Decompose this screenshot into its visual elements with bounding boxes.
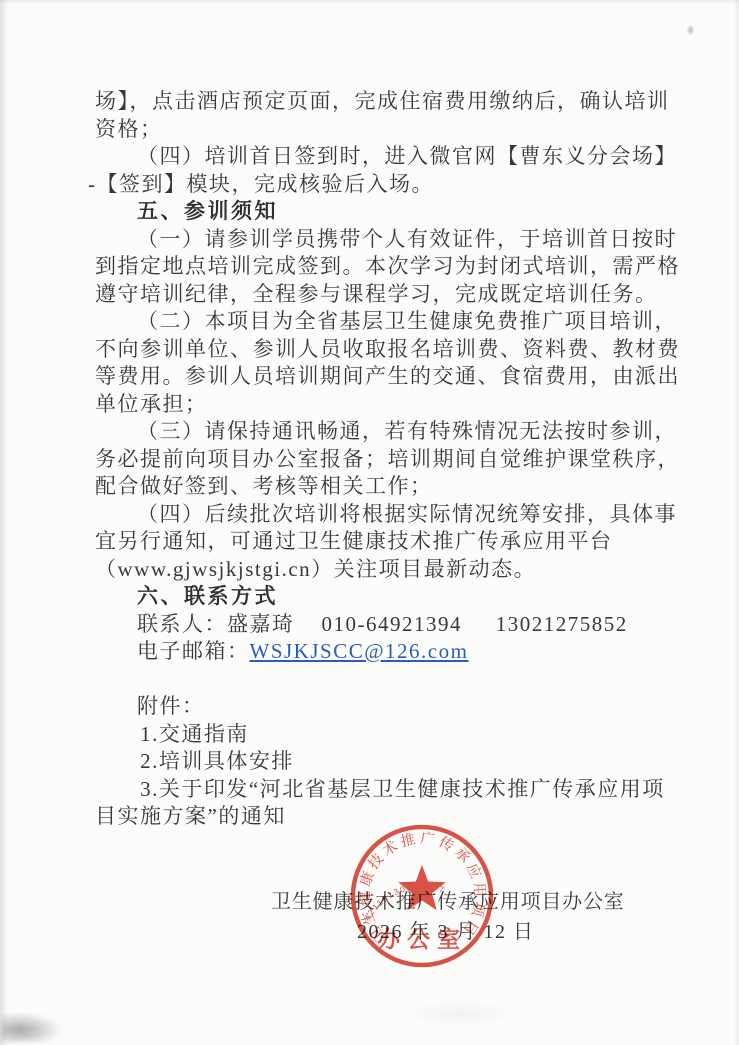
text-line: 宜另行通知，可通过卫生健康技术推广传承应用平台 — [95, 528, 649, 556]
email-label: 电子邮箱： — [137, 639, 250, 663]
text-line: 1.交通指南 — [95, 721, 649, 749]
text-line: （一）请参训学员携带个人有效证件，于培训首日按时 — [95, 226, 649, 254]
text-line: （四）后续批次培训将根据实际情况统筹安排，具体事 — [95, 501, 649, 529]
document-page: 场】，点击酒店预定页面，完成住宿费用缴纳后，确认培训资格；（四）培训首日签到时，… — [0, 0, 739, 1045]
scan-smudge-bottom-center — [400, 1002, 520, 1026]
text-line: 务必提前向项目办公室报备；培训期间自觉维护课堂秩序， — [95, 446, 649, 474]
scan-edge-shadow-right — [733, 0, 739, 1045]
text-line: 不向参训单位、参训人员收取报名培训费、资料费、教材费 — [95, 336, 649, 364]
text-line: 配合做好签到、考核等相关工作； — [95, 473, 649, 501]
scan-speck-top-right — [688, 26, 693, 34]
section-heading: 六、联系方式 — [95, 583, 649, 611]
scan-smudge-bottom-left — [1, 1012, 63, 1042]
text-line: 3.关于印发“河北省基层卫生健康技术推广传承应用项 — [95, 776, 649, 804]
text-line: 场】，点击酒店预定页面，完成住宿费用缴纳后，确认培训 — [95, 88, 649, 116]
blank-line — [95, 666, 649, 694]
text-line: 资格； — [95, 116, 649, 144]
text-line: （四）培训首日签到时，进入微官网【曹东义分会场】 — [95, 143, 649, 171]
text-line: 附件： — [95, 693, 649, 721]
text-line: （二）本项目为全省基层卫生健康免费推广项目培训， — [95, 308, 649, 336]
text-line: （三）请保持通讯畅通，若有特殊情况无法按时参训， — [95, 418, 649, 446]
text-line: 目实施方案”的通知 — [95, 803, 649, 831]
email-line: 电子邮箱：WSJKJSCC@126.com — [95, 638, 649, 666]
text-line: （www.gjwsjkjstgi.cn）关注项目最新动态。 — [95, 556, 649, 584]
text-line: 单位承担； — [95, 391, 649, 419]
email-link[interactable]: WSJKJSCC@126.com — [250, 639, 469, 663]
text-line: -【签到】模块，完成核验后入场。 — [88, 171, 649, 199]
signature-office: 卫生健康技术推广传承应用项目办公室 — [271, 885, 625, 914]
text-line: 等费用。参训人员培训期间产生的交通、食宿费用，由派出 — [95, 363, 649, 391]
text-line: 联系人：盛嘉琦 010-64921394 13021275852 — [95, 611, 649, 639]
text-line: 到指定地点培训完成签到。本次学习为封闭式培训，需严格 — [95, 253, 649, 281]
section-heading: 五、参训须知 — [95, 198, 649, 226]
scan-edge-shadow-left — [0, 0, 8, 1045]
scan-edge-shadow-top — [0, 0, 739, 5]
text-line: 2.培训具体安排 — [95, 748, 649, 776]
text-line: 遵守培训纪律，全程参与课程学习，完成既定培训任务。 — [95, 281, 649, 309]
document-body: 场】，点击酒店预定页面，完成住宿费用缴纳后，确认培训资格；（四）培训首日签到时，… — [95, 88, 649, 831]
signature-date: 2026 年 3 月 12 日 — [357, 915, 535, 944]
